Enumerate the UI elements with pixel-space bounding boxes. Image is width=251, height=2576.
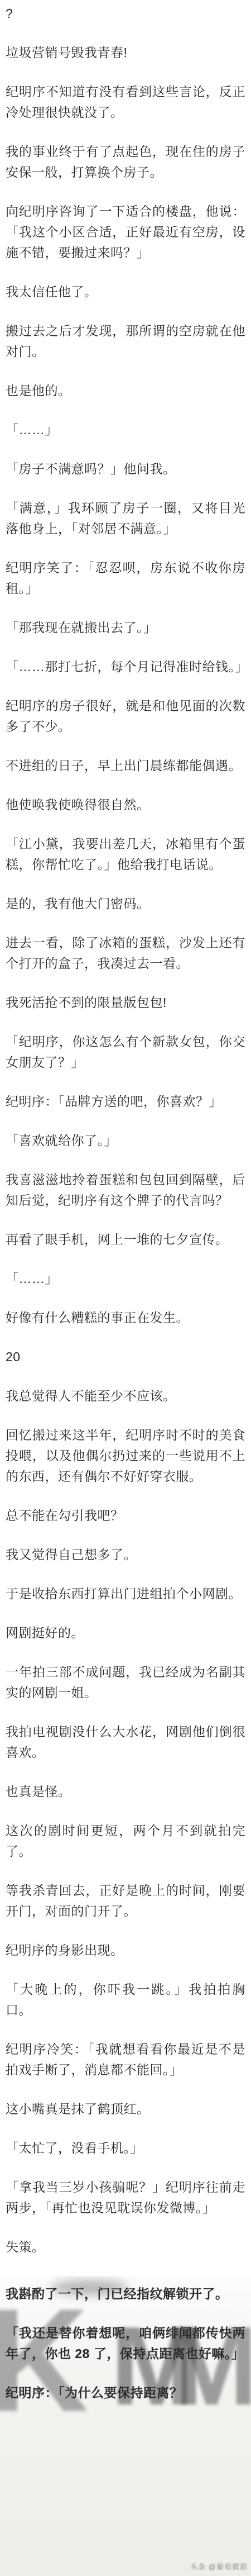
paragraph: 纪明序的房子很好，就是和他见面的次数多了不少。 [6, 696, 245, 737]
paragraph: 我总觉得人不能至少不应该。 [6, 1386, 245, 1406]
paragraph: 搬过去之后才发现，那所谓的空房就在他对门。 [6, 321, 245, 362]
paragraph: 这小嘴真是抹了鹤顶红。 [6, 2099, 245, 2119]
paragraph: 于是收拾东西打算出门进组拍个小网剧。 [6, 1584, 245, 1604]
paragraph: 这次的剧时间更短，两个月不到就拍完了。 [6, 1821, 245, 1862]
watermark-credit: 头条 @葡萄微甜 [190, 2561, 248, 2572]
paragraph: 也真是怪。 [6, 1781, 245, 1802]
paragraph: 「大晚上的，你吓我一跳。」我拍拍胸口。 [6, 1979, 245, 2021]
paragraph: 我的事业终于有了点起色，现在住的房子安保一般，打算换个房子。 [6, 141, 245, 183]
paragraph: 向纪明序咨询了一下适合的楼盘，他说：「我这个小区合适，正好最近有空房，设施不错，… [6, 201, 245, 263]
paragraph: 纪明序笑了：「忍忍呗，房东说不收你房租。」 [6, 558, 245, 599]
paragraph: 再看了眼手机，网上一堆的七夕宣传。 [6, 1229, 245, 1250]
paragraph: ? [6, 3, 245, 24]
paragraph: 纪明序不知道有没有看到这些言论，反正冷处理很快就没了。 [6, 82, 245, 123]
paragraph: 「……」 [6, 1268, 245, 1289]
paragraph: 我死活抢不到的限量版包包! [6, 992, 245, 1013]
paragraph: 进去一看，除了冰箱的蛋糕，沙发上还有个打开的盒子，我凑过去一看。 [6, 933, 245, 974]
paragraph: 不进组的日子，早上出门晨练都能偶遇。 [6, 755, 245, 776]
paragraph: 「那我现在就搬出去了。」 [6, 617, 245, 638]
paragraph: 「喜欢就给你了。」 [6, 1130, 245, 1151]
story-text: ?垃圾营销号毁我青春!纪明序不知道有没有看到这些言论，反正冷处理很快就没了。我的… [0, 0, 251, 2276]
paragraph: 失策。 [6, 2237, 245, 2257]
paragraph: 「太忙了，没看手机。」 [6, 2138, 245, 2159]
paragraph: 我拍电视剧没什么大水花，网剧他们倒很喜欢。 [6, 1722, 245, 1763]
paragraph: 「房子不满意吗？」他问我。 [6, 459, 245, 479]
paragraph: 好像有什么糟糕的事正在发生。 [6, 1308, 245, 1328]
paragraph: 纪明序：「为什么要保持距离？ [6, 2383, 245, 2403]
paragraph: 纪明序冷笑：「我就想看看你最近是不是拍戏手断了，消息都不能回。」 [6, 2039, 245, 2080]
paragraph: 纪明序：「品牌方送的吧，你喜欢？」 [6, 1091, 245, 1112]
paragraph: 20 [6, 1347, 245, 1367]
paragraph: 「……」 [6, 420, 245, 440]
paragraph: 回忆搬过来这半年，纪明序时不时的美食投喂，以及他偶尔扔过来的一些说用不上的东西，… [6, 1425, 245, 1487]
paragraph: 网剧挺好的。 [6, 1623, 245, 1643]
paragraph: 「我还是替你着想呢，咱俩绯闻都传快两年了，你也 28 了，保持点距离也好嘛。」 [6, 2323, 245, 2364]
paragraph: 垃圾营销号毁我青春! [6, 42, 245, 63]
paragraph: 我喜滋滋地拎着蛋糕和包包回到隔壁，后知后觉，纪明序有这个牌子的代言吗？ [6, 1170, 245, 1211]
paragraph: 我又觉得自己想多了。 [6, 1544, 245, 1565]
paragraph: 一年拍三部不成问题，我已经成为名副其实的网剧一姐。 [6, 1662, 245, 1703]
paragraph: 我太信任他了。 [6, 282, 245, 302]
paragraph: 他使唤我使唤得很自然。 [6, 795, 245, 815]
paragraph: 也是他的。 [6, 381, 245, 401]
paragraph: 「纪明序，你这怎么有个新款女包，你交女朋友了？」 [6, 1032, 245, 1073]
paragraph: 我斟酌了一下，门已经指纹解锁开了。 [6, 2284, 245, 2304]
paragraph: 「江小黛，我要出差几天，冰箱里有个蛋糕，你帮忙吃了。」他给我打电话说。 [6, 834, 245, 875]
paragraph: 「拿我当三岁小孩骗呢？」纪明序往前走两步，「再忙也没见耽误你发微博。」 [6, 2177, 245, 2218]
paragraph: 总不能在勾引我吧？ [6, 1505, 245, 1526]
paragraph: 等我杀青回去，正好是晚上的时间，刚要开门，对面的门开了。 [6, 1880, 245, 1922]
video-frame-section: K M M 我斟酌了一下，门已经指纹解锁开了。「我还是替你着想呢，咱俩绯闻都传快… [0, 2276, 251, 2576]
paragraph: 「满意，」我环顾了房子一圈，又将目光落他身上，「对邻居不满意。」 [6, 498, 245, 539]
paragraph: 「……那打七折，每个月记得准时给钱。」 [6, 657, 245, 677]
paragraph: 是的，我有他大门密码。 [6, 893, 245, 914]
paragraph: 纪明序的身影出现。 [6, 1940, 245, 1961]
video-overlay-text: 我斟酌了一下，门已经指纹解锁开了。「我还是替你着想呢，咱俩绯闻都传快两年了，你也… [6, 2284, 245, 2403]
reader-page: ?垃圾营销号毁我青春!纪明序不知道有没有看到这些言论，反正冷处理很快就没了。我的… [0, 0, 251, 2576]
